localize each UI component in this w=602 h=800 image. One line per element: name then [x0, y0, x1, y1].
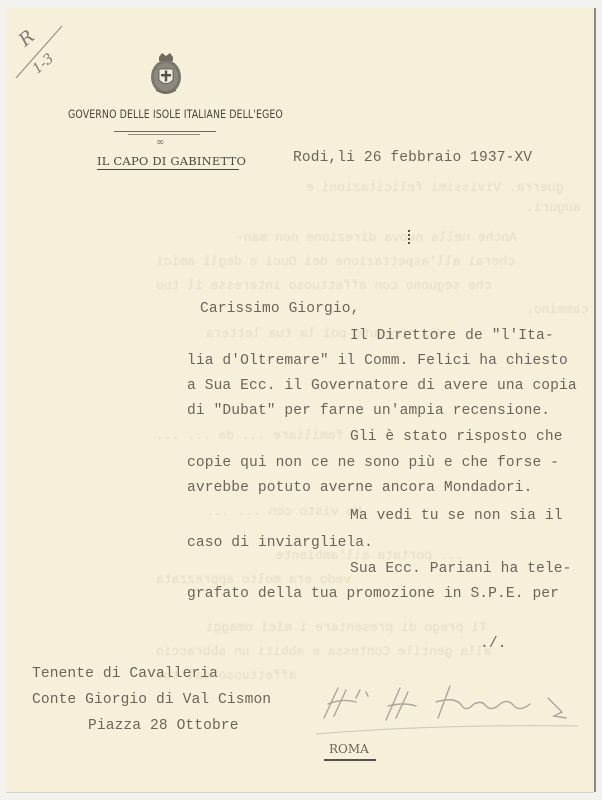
bleed-through-line: cammino.: [526, 302, 588, 317]
bleed-through-line: guerra. Vivissimi felicitazioni e: [306, 180, 563, 195]
bleed-through-line: cherai all'aspettazione dei Duci e degli…: [156, 254, 515, 269]
body-line: a Sua Ecc. il Governatore di avere una c…: [187, 378, 577, 394]
bleed-through-line: che seguono con affettuoso interesse il …: [156, 278, 491, 293]
body-line: Il Direttore de "l'Ita-: [350, 328, 554, 344]
body-line: di "Dubat" per farne un'ampia recensione…: [187, 403, 550, 419]
body-line: avrebbe potuto averne ancora Mondadori.: [187, 480, 532, 496]
recipient-city-underline: [324, 759, 376, 761]
letterhead-title: GOVERNO DELLE ISOLE ITALIANE DELL'EGEO: [68, 107, 283, 121]
body-line: Ma vedi tu se non sia il: [350, 508, 563, 524]
bleed-through-line: vedo era molto apprezzata: [156, 572, 351, 587]
body-line: Sua Ecc. Pariani ha tele-: [350, 561, 571, 577]
signature: [316, 676, 586, 736]
letterhead-ornament: ∞: [156, 137, 164, 148]
letterhead-subtitle: IL CAPO DI GABINETTO: [97, 154, 246, 168]
coat-of-arms-icon: [146, 50, 186, 98]
letter-page: guerra. Vivissimi felicitazioni e auguri…: [6, 8, 594, 792]
letterhead-subtitle-underline: [97, 169, 239, 170]
bleed-through-line: familiare ... da ... ...: [156, 428, 343, 443]
bleed-through-line: Ho visto con ... ...: [206, 504, 362, 519]
body-line: copie qui non ce ne sono più e che forse…: [187, 455, 559, 471]
letterhead-divider: [114, 131, 216, 132]
recipient-rank: Tenente di Cavalleria: [32, 666, 218, 682]
letterhead-divider-short: [128, 134, 200, 135]
continuation-mark: ./.: [480, 636, 507, 652]
body-line: Gli è stato risposto che: [350, 429, 563, 445]
recipient-street: Piazza 28 Ottobre: [88, 718, 239, 734]
ink-mark: [408, 230, 410, 246]
body-line: grafato della tua promozione in S.P.E. p…: [187, 586, 559, 602]
recipient-city: ROMA: [329, 742, 369, 756]
recipient-name: Conte Giorgio di Val Cismon: [32, 692, 271, 708]
bleed-through-line: alla gentile Contessa e abbiti un abbrac…: [156, 644, 491, 659]
salutation: Carissimo Giorgio,: [200, 301, 359, 317]
bleed-through-line: Anche nella nuova direzione non man-: [236, 230, 517, 245]
body-line: lia d'Oltremare" il Comm. Felici ha chie…: [187, 353, 568, 369]
dateline: Rodi,li 26 febbraio 1937-XV: [293, 150, 532, 166]
bleed-through-line: Ti prego di presentare i miei omaggi: [206, 620, 487, 635]
body-line: caso di inviargliela.: [187, 535, 373, 551]
bleed-through-line: auguri.: [526, 200, 581, 215]
